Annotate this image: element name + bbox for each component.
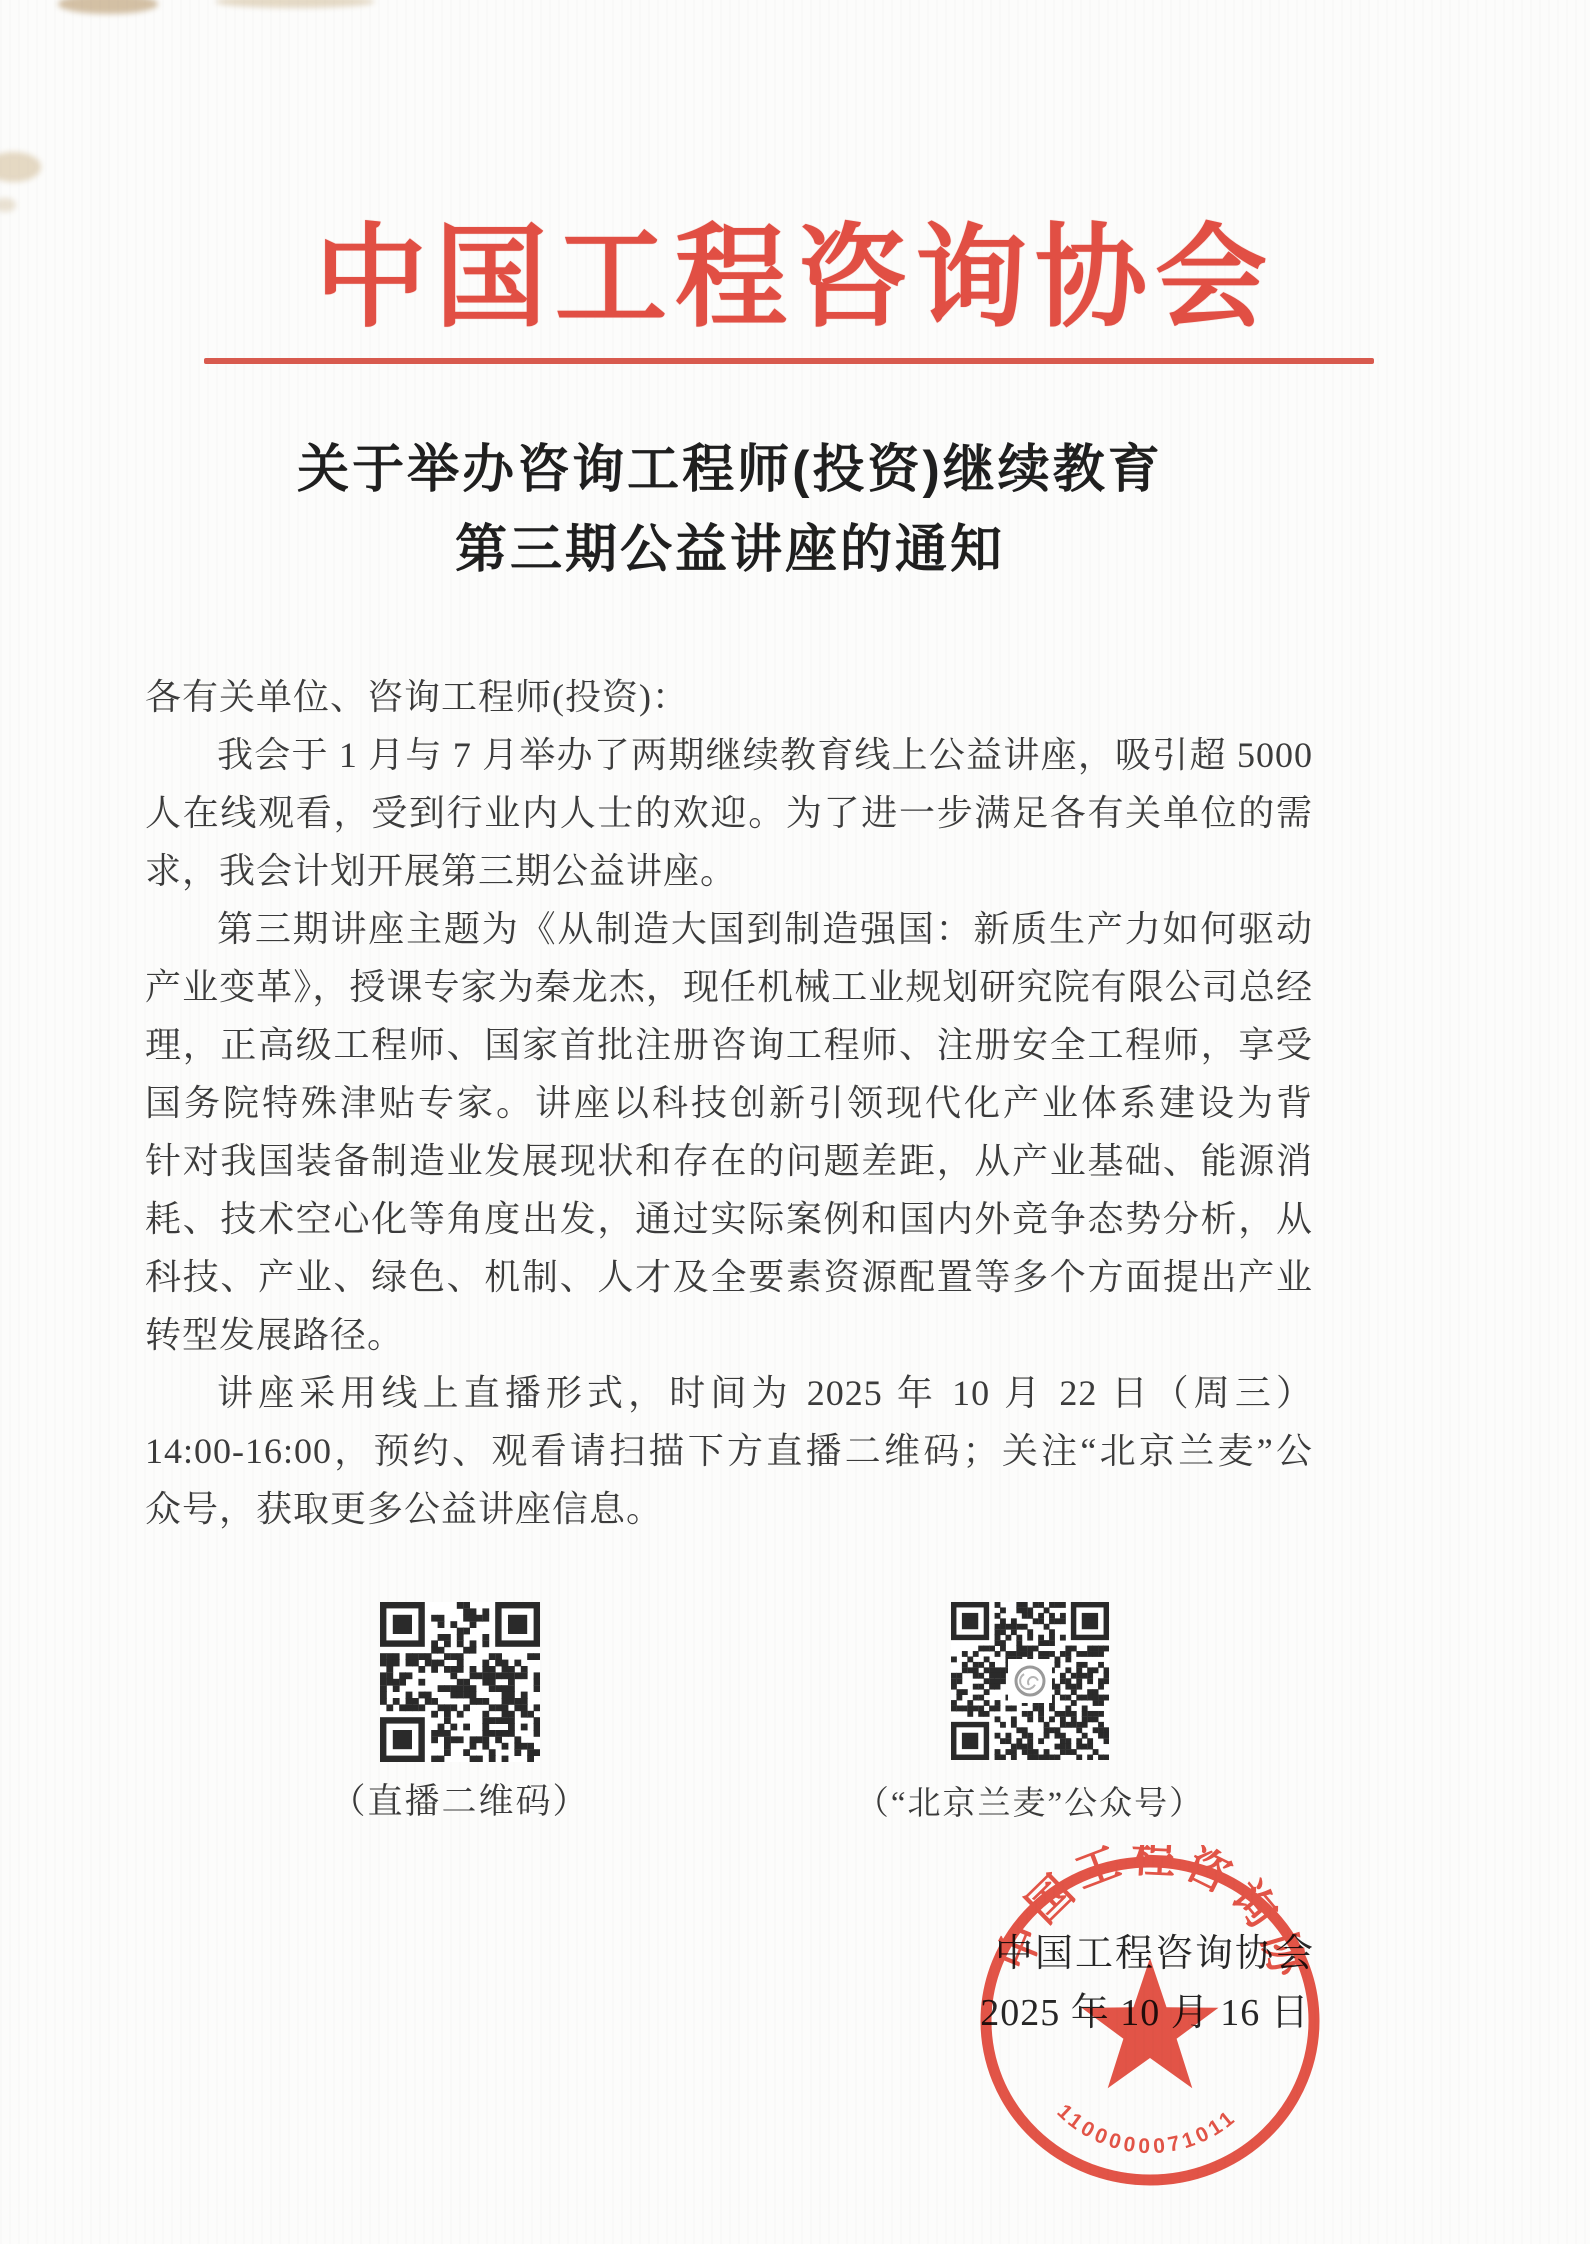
seal-number: 1100000071011 bbox=[1053, 2100, 1242, 2158]
body-line: 针对我国装备制造业发展现状和存在的问题差距，从产业基础、能源消 bbox=[145, 1132, 1313, 1190]
letterhead-divider bbox=[204, 358, 1374, 364]
notice-title: 关于举办咨询工程师(投资)继续教育 第三期公益讲座的通知 bbox=[145, 430, 1315, 590]
scan-smudge bbox=[0, 152, 41, 182]
live-qr-caption: （直播二维码） bbox=[300, 1780, 620, 1824]
body-line: 理，正高级工程师、国家首批注册咨询工程师、注册安全工程师，享受 bbox=[145, 1016, 1313, 1074]
body-line: 产业变革》，授课专家为秦龙杰，现任机械工业规划研究院有限公司总经 bbox=[145, 958, 1313, 1016]
body-line: 求，我会计划开展第三期公益讲座。 bbox=[145, 842, 1313, 900]
body-line: 科技、产业、绿色、机制、人才及全要素资源配置等多个方面提出产业 bbox=[145, 1248, 1313, 1306]
live-stream-qr-code bbox=[380, 1602, 540, 1762]
notice-title-line2: 第三期公益讲座的通知 bbox=[145, 510, 1315, 590]
wechat-account-qr-code bbox=[951, 1602, 1109, 1760]
body-line: 众号，获取更多公益讲座信息。 bbox=[145, 1480, 1313, 1538]
wechat-qr-caption: （“北京兰麦”公众号） bbox=[830, 1782, 1230, 1826]
scanned-notice-page: 中国工程咨询协会 关于举办咨询工程师(投资)继续教育 第三期公益讲座的通知 各有… bbox=[0, 0, 1590, 2244]
notice-body: 各有关单位、咨询工程师(投资)：我会于 1 月与 7 月举办了两期继续教育线上公… bbox=[145, 668, 1313, 1538]
scan-smudge bbox=[215, 0, 375, 8]
body-line: 耗、技术空心化等角度出发，通过实际案例和国内外竞争态势分析，从 bbox=[145, 1190, 1313, 1248]
body-line: 讲座采用线上直播形式，时间为 2025 年 10 月 22 日（周三） bbox=[145, 1364, 1313, 1422]
body-line: 我会于 1 月与 7 月举办了两期继续教育线上公益讲座，吸引超 5000 bbox=[145, 726, 1313, 784]
body-line: 14:00-16:00，预约、观看请扫描下方直播二维码；关注“北京兰麦”公 bbox=[145, 1422, 1313, 1480]
seal-star-icon bbox=[1082, 1958, 1219, 2088]
body-line: 转型发展路径。 bbox=[145, 1306, 1313, 1364]
body-line: 人在线观看，受到行业内人士的欢迎。为了进一步满足各有关单位的需 bbox=[145, 784, 1313, 842]
body-line: 国务院特殊津贴专家。讲座以科技创新引领现代化产业体系建设为背景， bbox=[145, 1074, 1313, 1132]
official-seal: 中国工程咨询协会 1100000071011 bbox=[966, 1845, 1334, 2197]
seal-ring-text: 中国工程咨询协会 bbox=[966, 1845, 1314, 1988]
scan-smudge bbox=[58, 0, 158, 14]
body-line: 第三期讲座主题为《从制造大国到制造强国：新质生产力如何驱动 bbox=[145, 900, 1313, 958]
body-line: 各有关单位、咨询工程师(投资)： bbox=[145, 668, 1313, 726]
org-letterhead: 中国工程咨询协会 bbox=[0, 213, 1590, 343]
notice-title-line1: 关于举办咨询工程师(投资)继续教育 bbox=[145, 430, 1315, 510]
scan-smudge bbox=[0, 198, 16, 212]
